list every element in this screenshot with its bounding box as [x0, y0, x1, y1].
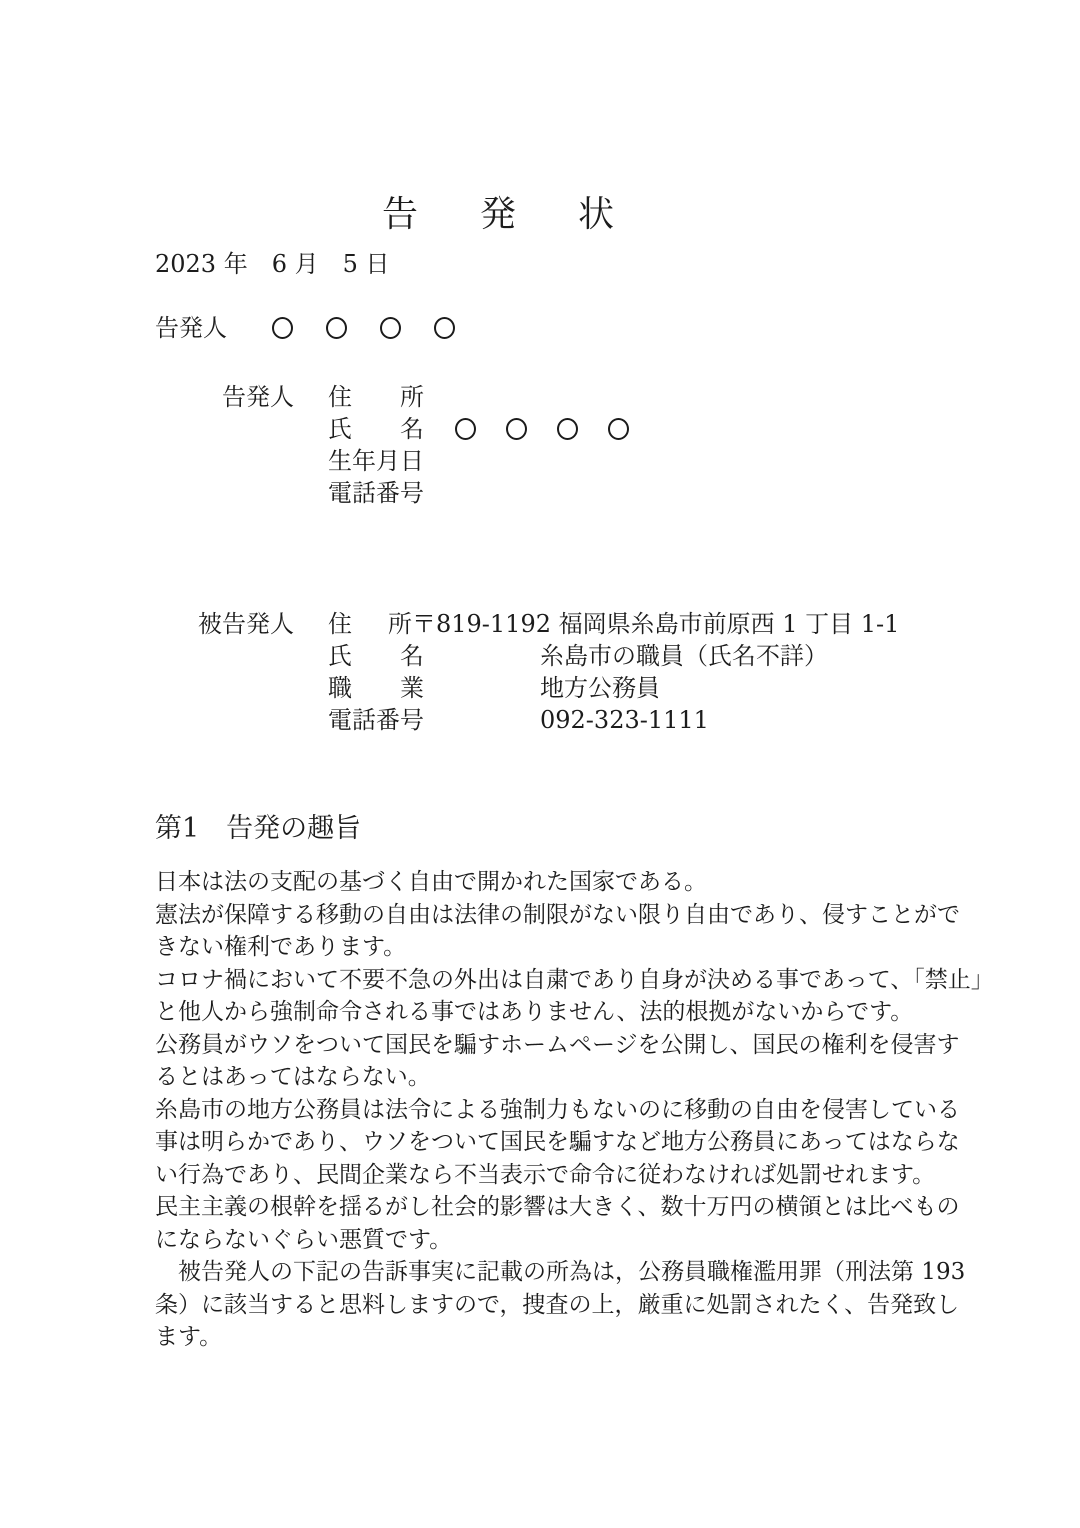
accuser-label: 告発人: [155, 312, 227, 344]
accused-phone-value: 092-323-1111: [540, 704, 709, 736]
redacted-name-circle: [608, 418, 629, 440]
section1-body: 日本は法の支配の基づく自由で開かれた国家である。 憲法が保障する移動の自由は法律…: [155, 866, 994, 1354]
redacted-name-circle: [506, 418, 527, 440]
body-line: きない権利であります。: [155, 931, 994, 964]
body-line: 被告発人の下記の告訴事実に記載の所為は，公務員職権濫用罪（刑法第 193: [155, 1256, 994, 1289]
accuser-name-redacted: [272, 317, 455, 339]
complaint-document-page: 告 発 状 2023 年 6 月 5 日 告発人 告発人 住所 氏名 生年月日 …: [0, 0, 1080, 1528]
name-field-label: 氏名: [328, 413, 424, 445]
body-line: 憲法が保障する移動の自由は法律の制限がない限り自由であり、侵すことがで: [155, 899, 994, 932]
body-line: にならないぐらい悪質です。: [155, 1224, 994, 1257]
redacted-name-circle: [557, 418, 578, 440]
accused-occupation-value: 地方公務員: [540, 672, 660, 704]
body-line: い行為であり、民間企業なら不当表示で命令に従わなければ処罰せれます。: [155, 1159, 994, 1192]
body-line: 条）に該当すると思料しますので，捜査の上，厳重に処罰されたく、告発致し: [155, 1289, 994, 1322]
body-line: と他人から強制命令される事ではありません、法的根拠がないからです。: [155, 996, 994, 1029]
redacted-name-circle: [380, 317, 401, 339]
accused-address-value: 〒819-1192 福岡県糸島市前原西 1 丁目 1-1: [412, 608, 899, 640]
redacted-name-circle: [455, 418, 476, 440]
document-date: 2023 年 6 月 5 日: [155, 248, 390, 280]
redacted-name-circle: [272, 317, 293, 339]
redacted-name-circle: [434, 317, 455, 339]
body-line: ます。: [155, 1321, 994, 1354]
accuser-inline-row: 告発人: [155, 312, 455, 344]
redacted-name-circle: [326, 317, 347, 339]
name-field-label: 氏名: [328, 640, 424, 672]
section1-heading: 第1 告発の趣旨: [155, 812, 361, 846]
phone-field-label: 電話番号: [328, 704, 424, 736]
accused-block-label: 被告発人: [198, 608, 294, 640]
body-line: 事は明らかであり、ウソをついて国民を騙すなど地方公務員にあってはならな: [155, 1126, 994, 1159]
occupation-field-label: 職業: [328, 672, 424, 704]
phone-field-label: 電話番号: [328, 477, 424, 509]
accuser-name-redacted: [455, 418, 629, 440]
body-line: 日本は法の支配の基づく自由で開かれた国家である。: [155, 866, 994, 899]
body-line: 民主主義の根幹を揺るがし社会的影響は大きく、数十万円の横領とは比べもの: [155, 1191, 994, 1224]
body-line: るとはあってはならない。: [155, 1061, 994, 1094]
address-field-label: 住所: [328, 381, 424, 413]
address-field-label: 住所: [328, 608, 412, 640]
body-line: 公務員がウソをついて国民を騙すホームページを公開し、国民の権利を侵害す: [155, 1029, 994, 1062]
body-line: コロナ禍において不要不急の外出は自粛であり自身が決める事であって、「禁止」: [155, 964, 994, 997]
accused-name-value: 糸島市の職員（氏名不詳）: [540, 640, 828, 672]
accuser-block-label: 告発人: [198, 381, 294, 413]
birthdate-field-label: 生年月日: [328, 445, 424, 477]
body-line: 糸島市の地方公務員は法令による強制力もないのに移動の自由を侵害している: [155, 1094, 994, 1127]
document-title: 告 発 状: [382, 186, 627, 237]
